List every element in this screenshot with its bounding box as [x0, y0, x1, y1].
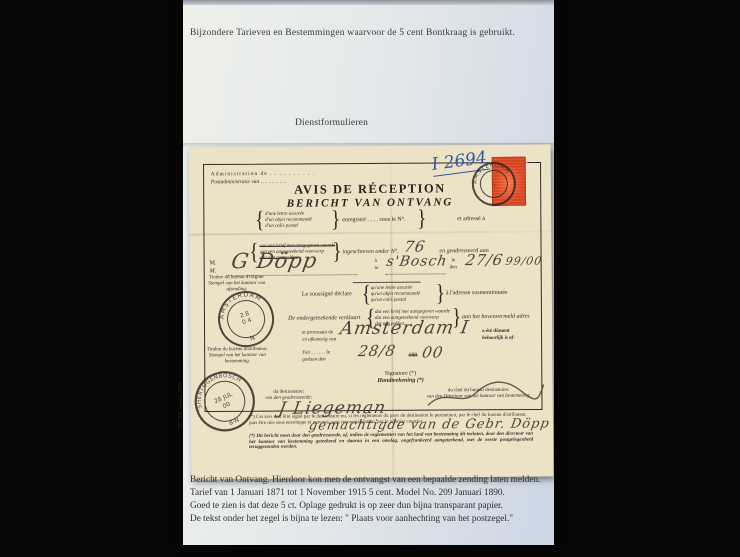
year-handwritten: 99/00 [504, 254, 543, 267]
photo-background: Bijzondere Tarieven en Bestemmingen waar… [0, 0, 740, 557]
date-handwritten: 27/6 [464, 251, 505, 269]
registered-label-fr: enregistré . . . . sous le N°. [342, 217, 405, 225]
duly-label-nl: behoorlijk is af- [482, 336, 515, 342]
done-label-fr: Fait . . . . . . le [302, 350, 330, 356]
provenance-label-nl: en afkomstig van [302, 337, 336, 343]
option-fr: d'un colis postal [265, 224, 312, 230]
a-label: à [375, 259, 377, 265]
brace-close: } [417, 206, 426, 234]
avis-de-reception-form: Administration de . . . . . . . . . . Po… [189, 144, 554, 479]
brace-close: } [436, 281, 445, 309]
addressee-handwritten: G Döpp [230, 248, 320, 273]
m-label-nl: M. [210, 268, 217, 275]
form-model-number: N°. 209 Janvier 1890. [179, 382, 185, 428]
done-label-nl: gedaan den [302, 357, 325, 363]
brace-close: } [332, 239, 341, 267]
postmark-date-line2: 00 [222, 401, 232, 411]
declare-option-fr: qu'un colis postal [371, 298, 420, 304]
provenance-handwritten: Amsterdam I [338, 317, 470, 339]
duly-label-fr: a été dûment [482, 329, 510, 335]
brace-close: } [331, 207, 340, 235]
provenance-label-fr: et provenant de [302, 330, 333, 336]
svg-text:0 4: 0 4 [241, 317, 252, 327]
caption-bottom-line: Tarief van 1 Januari 1871 tot 1 November… [190, 487, 550, 500]
done-date-handwritten: 28/8 [357, 342, 398, 360]
year-written: 00 [421, 343, 445, 361]
place-handwritten: s'Bosch [385, 253, 448, 270]
caption-section-title: Dienstformulieren [295, 118, 368, 128]
caption-bottom-block: Bericht van Ontvang. Hierdoor kon men de… [190, 474, 550, 526]
footnote-dutch: (*) Dit bericht moet door den geadressee… [249, 432, 533, 451]
declare-label-fr: Le soussigné déclare [302, 291, 352, 298]
brace-open: { [255, 207, 264, 235]
te-label: te [375, 266, 379, 272]
postmark-bottom-label: 8-N [228, 416, 240, 427]
caption-bottom-line: Goed te zien is dat deze 5 ct. Oplage ge… [190, 500, 550, 513]
page-top-edge [183, 0, 554, 5]
addressed-label-fr: et adressé à [457, 216, 485, 223]
caption-top: Bijzondere Tarieven en Bestemmingen waar… [190, 28, 546, 38]
le-label: le [452, 258, 456, 264]
director-signature-flourish [426, 376, 546, 411]
album-page: Bijzondere Tarieven en Bestemmingen waar… [183, 0, 554, 545]
caption-bottom-line: De tekst onder het zegel is bijna te lez… [190, 513, 550, 526]
declare-address-fr: à l'adresse susmentionnée [446, 290, 508, 298]
year-print: 189 [408, 353, 417, 360]
caption-bottom-line: Bericht van Ontvang. Hierdoor kon men de… [190, 474, 550, 487]
administration-line-fr: Administration de . . . . . . . . . . [211, 170, 315, 178]
den-label: den [450, 265, 457, 271]
m-label-fr: M. [210, 260, 217, 267]
declare-address-nl: aan het bovenvermeld adres [462, 314, 530, 322]
